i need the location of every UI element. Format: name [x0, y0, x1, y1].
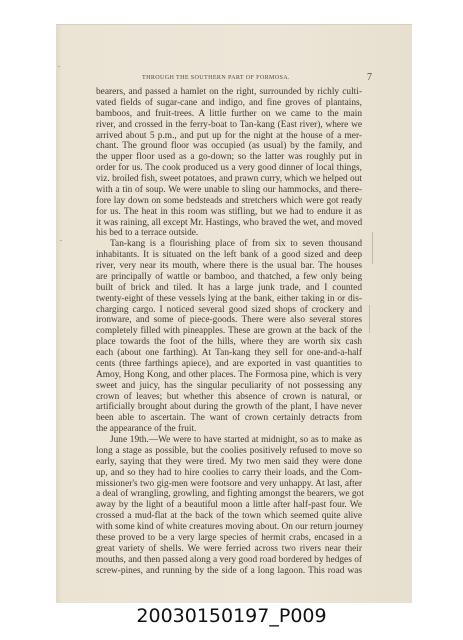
- text-line: charging cargo. I noticed several good s…: [96, 305, 362, 316]
- text-line: with a tin of soup. We were unable to sl…: [96, 185, 362, 196]
- text-line: the appearance of the fruit.: [96, 424, 362, 435]
- text-line: mouths, and then passed along a very goo…: [96, 555, 362, 566]
- text-line: river, and crossed in the ferry-boat to …: [96, 120, 362, 131]
- text-line: order for us. The cook produced us a ver…: [96, 163, 362, 174]
- text-line: ironware, and some of piece-goods. There…: [96, 315, 362, 326]
- paragraph-start-line: Tan-kang is a flourishing place of from …: [96, 239, 362, 250]
- page-speck: [221, 558, 223, 559]
- text-line: these proved to be a very large species …: [96, 533, 362, 544]
- text-line: the upper floor used as a go-down; so th…: [96, 152, 362, 163]
- text-line: with some kind of white creatures moving…: [96, 522, 362, 533]
- text-line: away by the light of a beautiful moon a …: [96, 500, 362, 511]
- text-line: arrived about 5 p.m., and put up for the…: [96, 131, 362, 142]
- text-line: each (about one farthing). At Tan-kang t…: [96, 348, 362, 359]
- text-line: vated fields of sugar-cane and indigo, a…: [96, 98, 362, 109]
- text-line: his bed to a terrace outside.: [96, 228, 362, 239]
- text-line: been able to ascertain. The want of crow…: [96, 413, 362, 424]
- running-head: THROUGH THE SOUTHERN PART OF FORMOSA. 7: [90, 74, 372, 84]
- text-line: bearers, and passed a hamlet on the righ…: [96, 87, 362, 98]
- running-head-title: THROUGH THE SOUTHERN PART OF FORMOSA.: [142, 75, 290, 81]
- text-line: it was raining, all except Mr. Hastings,…: [96, 218, 362, 229]
- text-line: viz. broiled fish, sweet potatoes, and p…: [96, 174, 362, 185]
- text-line: fore lay down on some bedsteads and stre…: [96, 196, 362, 207]
- pencil-mark: [369, 305, 370, 333]
- text-line: early, saying that they were tired. My t…: [96, 457, 362, 468]
- image-caption: 20030150197_P009: [0, 605, 463, 627]
- page-speck: [58, 66, 60, 67]
- text-line: twenty-eight of these vessels lying at t…: [96, 294, 362, 305]
- text-line: sweet and juicy, has the singular peculi…: [96, 381, 362, 392]
- text-line: great variety of shells. We were ferried…: [96, 544, 362, 555]
- text-line: river, very near its mouth, where there …: [96, 261, 362, 272]
- text-line: are principally of wattle or bamboo, and…: [96, 272, 362, 283]
- text-line: long a stage as possible, but the coolie…: [96, 446, 362, 457]
- text-line: for us. The heat in this room was stifli…: [96, 207, 362, 218]
- text-line: up, and so they had to hire coolies to c…: [96, 468, 362, 479]
- text-line: artificially brought about during the gr…: [96, 402, 362, 413]
- text-line: screw-pines, and running by the side of …: [96, 566, 362, 577]
- text-line: Amoy, Hong Kong, and other places. The F…: [96, 370, 362, 381]
- text-line: crown of leaves; but whether this absenc…: [96, 392, 362, 403]
- page-speck: [60, 240, 62, 241]
- text-line: a deal of wrangling, growling, and fight…: [96, 489, 362, 500]
- text-line: missioner's two gig-men were footsore an…: [96, 479, 362, 490]
- pencil-mark: [372, 232, 373, 264]
- text-line: inhabitants. It is situated on the left …: [96, 250, 362, 261]
- page-number: 7: [367, 72, 372, 83]
- text-line: completely filled with pineapples. These…: [96, 326, 362, 337]
- text-line: built of brick and tiled. It has a large…: [96, 283, 362, 294]
- text-line: crossed a mud-flat at the back of the to…: [96, 511, 362, 522]
- body-text: bearers, and passed a hamlet on the righ…: [96, 87, 362, 576]
- text-line: cents (three farthings apiece), and are …: [96, 359, 362, 370]
- text-line: place towards the foot of the hills, whe…: [96, 337, 362, 348]
- paragraph-start-line: June 19th.—We were to have started at mi…: [96, 435, 362, 446]
- text-line: chant. The ground floor was occupied (as…: [96, 141, 362, 152]
- text-line: bamboos, and fruit-trees. A little furth…: [96, 109, 362, 120]
